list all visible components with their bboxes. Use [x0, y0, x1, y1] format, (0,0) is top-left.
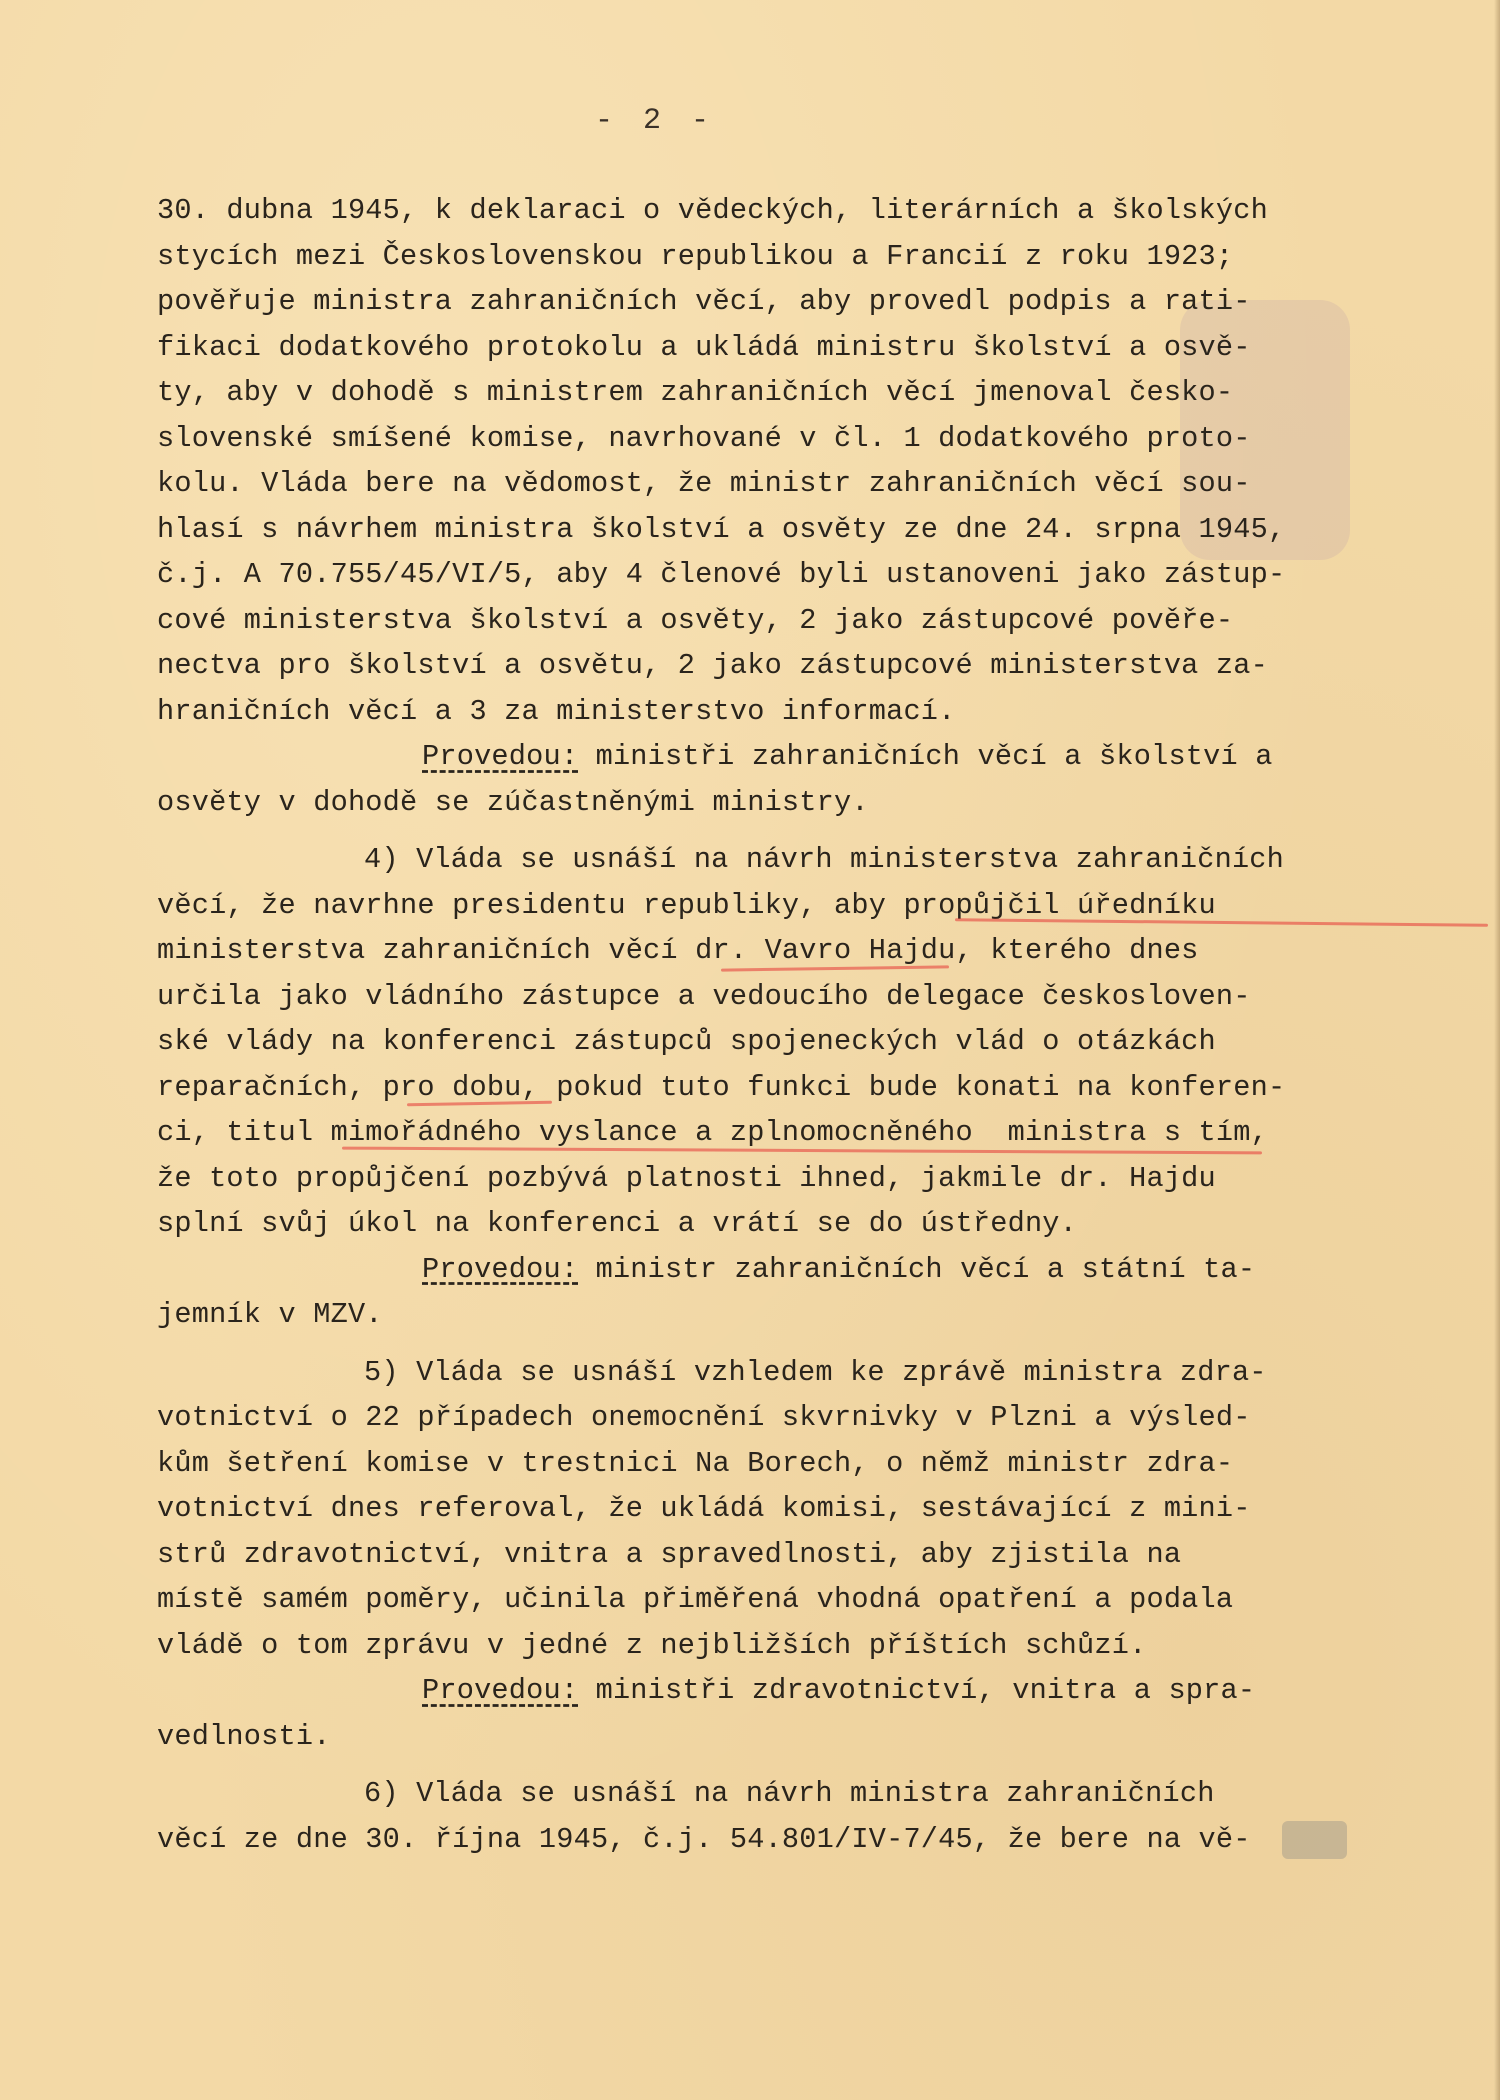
- text-line: jemník v MZV.: [157, 1292, 1372, 1338]
- text-line: fikaci dodatkového protokolu a ukládá mi…: [157, 325, 1372, 371]
- text-line: hraničních věcí a 3 za ministerstvo info…: [157, 689, 1372, 735]
- page-number: - 2 -: [0, 104, 1310, 138]
- provedou-line: Provedou: ministři zahraničních věcí a š…: [157, 734, 1372, 780]
- paragraph-4: 4) Vláda se usnáší na návrh ministerstva…: [157, 837, 1372, 1338]
- text-line: vládě o tom zprávu v jedné z nejbližších…: [157, 1623, 1372, 1669]
- text-line: pověřuje ministra zahraničních věcí, aby…: [157, 279, 1372, 325]
- ink-smudge: [1282, 1821, 1347, 1859]
- text-line: kům šetření komise v trestnici Na Borech…: [157, 1441, 1372, 1487]
- paragraph-5-first-line: 5) Vláda se usnáší vzhledem ke zprávě mi…: [157, 1350, 1372, 1396]
- provedou-label: Provedou:: [422, 1253, 578, 1286]
- text-line: vedlnosti.: [157, 1714, 1372, 1760]
- text-line: že toto propůjčení pozbývá platnosti ihn…: [157, 1156, 1372, 1202]
- text-line: strů zdravotnictví, vnitra a spravedlnos…: [157, 1532, 1372, 1578]
- text-line: slovenské smíšené komise, navrhované v č…: [157, 416, 1372, 462]
- text-line: osvěty v dohodě se zúčastněnými ministry…: [157, 780, 1372, 826]
- provedou-text: ministr zahraničních věcí a státní ta-: [578, 1253, 1255, 1286]
- text-line: cové ministerstva školství a osvěty, 2 j…: [157, 598, 1372, 644]
- text-line: votnictví o 22 případech onemocnění skvr…: [157, 1395, 1372, 1441]
- provedou-label: Provedou:: [422, 1674, 578, 1707]
- text-line: splní svůj úkol na konferenci a vrátí se…: [157, 1201, 1372, 1247]
- paragraph-5: 5) Vláda se usnáší vzhledem ke zprávě mi…: [157, 1350, 1372, 1760]
- text-line: ministerstva zahraničních věcí dr. Vavro…: [157, 928, 1372, 974]
- provedou-label: Provedou:: [422, 740, 578, 773]
- paragraph-4-first-line: 4) Vláda se usnáší na návrh ministerstva…: [157, 837, 1372, 883]
- text-line: kolu. Vláda bere na vědomost, že ministr…: [157, 461, 1372, 507]
- text-line: místě samém poměry, učinila přiměřená vh…: [157, 1577, 1372, 1623]
- text-line: votnictví dnes referoval, že ukládá komi…: [157, 1486, 1372, 1532]
- text-line: věcí ze dne 30. října 1945, č.j. 54.801/…: [157, 1817, 1372, 1863]
- paragraph-6-first-line: 6) Vláda se usnáší na návrh ministra zah…: [157, 1771, 1372, 1817]
- text-line: 30. dubna 1945, k deklaraci o vědeckých,…: [157, 188, 1372, 234]
- text-line: nectva pro školství a osvětu, 2 jako zás…: [157, 643, 1372, 689]
- provedou-text: ministři zdravotnictví, vnitra a spra-: [578, 1674, 1255, 1707]
- text-line: č.j. A 70.755/45/VI/5, aby 4 členové byl…: [157, 552, 1372, 598]
- text-line: stycích mezi Československou republikou …: [157, 234, 1372, 280]
- document-body: 30. dubna 1945, k deklaraci o vědeckých,…: [157, 188, 1372, 1862]
- text-line: hlasí s návrhem ministra školství a osvě…: [157, 507, 1372, 553]
- paragraph-3-continued: 30. dubna 1945, k deklaraci o vědeckých,…: [157, 188, 1372, 825]
- page-edge-shadow: [1494, 0, 1500, 2100]
- text-line: určila jako vládního zástupce a vedoucíh…: [157, 974, 1372, 1020]
- text-line: ty, aby v dohodě s ministrem zahraničníc…: [157, 370, 1372, 416]
- paragraph-6: 6) Vláda se usnáší na návrh ministra zah…: [157, 1771, 1372, 1862]
- provedou-line: Provedou: ministři zdravotnictví, vnitra…: [157, 1668, 1372, 1714]
- provedou-text: ministři zahraničních věcí a školství a: [578, 740, 1272, 773]
- provedou-line: Provedou: ministr zahraničních věcí a st…: [157, 1247, 1372, 1293]
- text-line: reparačních, pro dobu, pokud tuto funkci…: [157, 1065, 1372, 1111]
- text-line: ské vlády na konferenci zástupců spojene…: [157, 1019, 1372, 1065]
